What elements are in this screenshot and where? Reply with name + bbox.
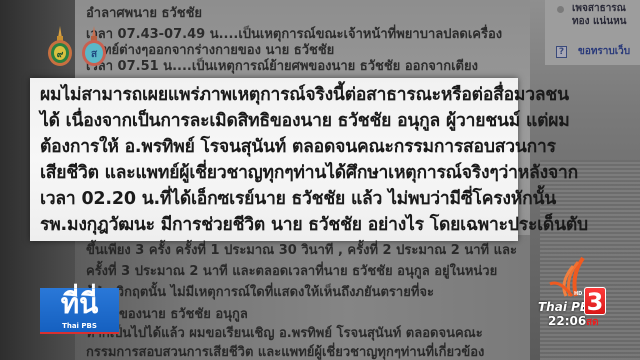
svg-text:ส: ส	[91, 49, 98, 60]
doc-line: กรรมการสอบสวนการเสียชีวิต และแพทย์ผู้เชี…	[86, 345, 484, 360]
quote-line: เสียชีวิต และแพทย์ผู้เชี่ยวชาญทุกๆท่านได…	[40, 162, 578, 184]
quote-line: ได้ เนื่องจากเป็นการละเมิดสิทธิของนาย ธว…	[40, 110, 570, 132]
doc-line: ผู้ป่วยวิกฤตนั้น ไม่มีเหตุการณ์ใดที่แสดง…	[86, 285, 434, 301]
channel-number-badge: 3	[584, 287, 606, 315]
quote-line: ผมไม่สามารถเผยแพร่ภาพเหตุการณ์จริงนี้ต่อ…	[40, 84, 569, 106]
program-logo-subtitle: Thai PBS	[40, 322, 119, 330]
quote-line: รพ.มงกุฎวัฒนะ มีการช่วยชีวิต นาย ธวัชชัย…	[40, 214, 588, 236]
program-logo: ที่นี่ Thai PBS	[40, 288, 119, 334]
doc-line: อำลาศพนาย ธวัชชัย	[86, 6, 202, 22]
live-label: สด	[586, 315, 599, 330]
program-logo-title: ที่นี่	[40, 286, 119, 322]
quote-line: เวลา 02.20 น.ที่ได้เอ็กซเรย์นาย ธวัชชัย …	[40, 188, 556, 210]
doc-line: เวลา 07.51 น....เป็นเหตุการณ์ย้ายศพของนา…	[86, 59, 478, 75]
sidebar-text-1: เพจสาธารณ	[572, 3, 626, 15]
bullet-icon	[557, 6, 564, 13]
help-link[interactable]: ขอทราบเว็บ	[578, 46, 630, 58]
doc-line: ครั้งที่ 3 ประมาณ 2 นาที และตลอดเวลาที่น…	[86, 264, 497, 280]
doc-line: ขึ้นเพียง 3 ครั้ง ครั้งที่ 1 ประมาณ 30 ว…	[86, 243, 517, 259]
hd-label: HD	[574, 291, 582, 297]
highlighted-quote-box: ผมไม่สามารถเผยแพร่ภาพเหตุการณ์จริงนี้ต่อ…	[30, 78, 518, 241]
doc-line: เวลา 07.43-07.49 น....เป็นเหตุการณ์ขณะเจ…	[86, 27, 502, 43]
help-icon[interactable]: ?	[556, 46, 567, 58]
doc-line: แพทย์ต่างๆออกจากร่างกายของ นาย ธวัชชัย	[86, 43, 334, 59]
tv-screen: เพจสาธารณ ทอง แน่นหน ? ขอทราบเว็บ อำลาศพ…	[0, 0, 640, 360]
royal-emblem-icon: ๙	[46, 26, 74, 68]
sidebar-text-2: ทอง แน่นหน	[572, 16, 627, 28]
quote-line: ต้องการให้ อ.พรทิพย์ โรจนสุนันท์ ตลอดจนค…	[40, 136, 556, 158]
broadcast-time: 22:06	[548, 314, 586, 328]
royal-emblem-icon: ส	[80, 26, 108, 68]
svg-text:๙: ๙	[57, 50, 64, 60]
doc-line: หากเป็นไปได้แล้ว ผมขอเรียนเชิญ อ.พรทิพย์…	[86, 326, 483, 342]
